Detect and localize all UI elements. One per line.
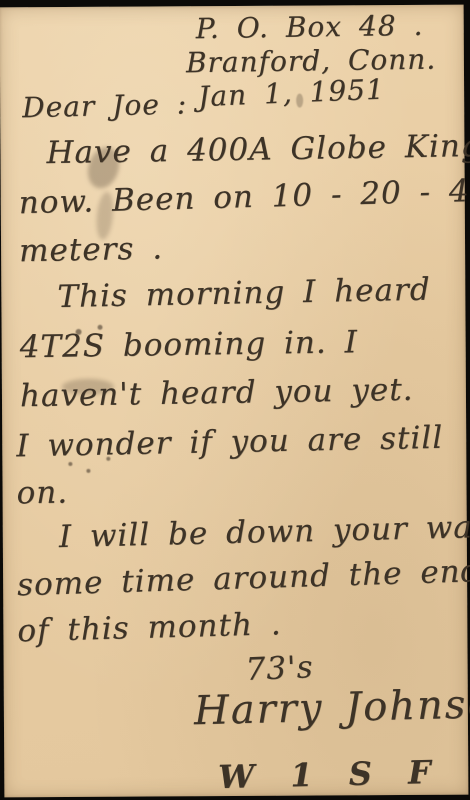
handwriting-line: meters .: [19, 230, 164, 269]
handwriting-line: 4T2S booming in. I: [19, 324, 358, 365]
ink-speck: [296, 94, 303, 108]
letter-date: Jan 1, 1951: [197, 73, 385, 114]
sender-po-box: P. O. Box 48 .: [195, 9, 423, 45]
callsign: W 1 S F: [218, 753, 440, 796]
postcard: P. O. Box 48 . Branford, Conn. Jan 1, 19…: [0, 5, 468, 798]
salutation: Dear Joe :: [22, 87, 188, 124]
handwriting-line: on.: [16, 475, 68, 512]
handwriting-line: I will be down your way: [58, 509, 470, 555]
handwriting-line: of this month .: [17, 606, 282, 649]
ink-speck: [98, 325, 103, 330]
handwriting-line: now. Been on 10 - 20 - 40: [18, 173, 470, 222]
sender-city: Branford, Conn.: [186, 43, 437, 80]
ink-speck: [68, 462, 72, 466]
ink-speck: [86, 469, 90, 473]
ink-speck: [106, 457, 110, 461]
ink-speck: [76, 329, 82, 335]
photo-background: P. O. Box 48 . Branford, Conn. Jan 1, 19…: [0, 0, 470, 800]
signature: Harry Johnson: [193, 681, 470, 735]
handwriting-line: I wonder if you are still: [16, 420, 444, 465]
handwriting-line: some time around the end: [17, 553, 470, 603]
handwriting-line: This morning I heard: [57, 272, 431, 315]
closing-73s: 73's: [245, 649, 314, 688]
